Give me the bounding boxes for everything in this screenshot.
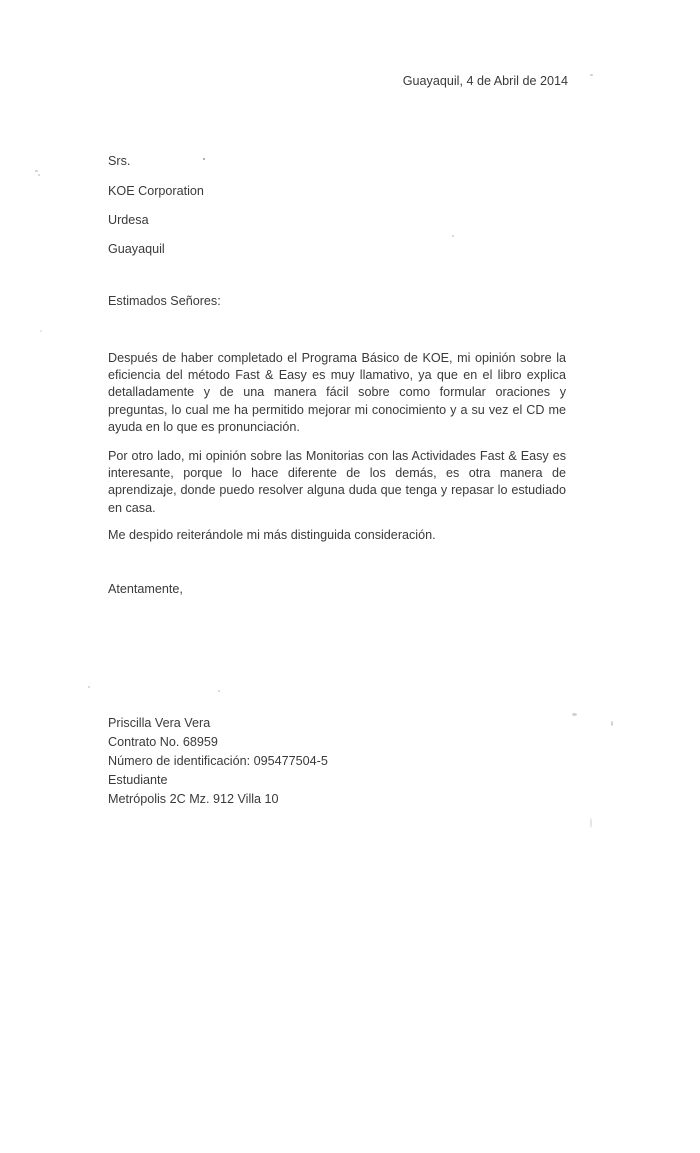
signer-contract: Contrato No. 68959 — [108, 733, 328, 752]
recipient-district: Urdesa — [108, 213, 149, 227]
scan-speck — [38, 174, 40, 176]
signer-address: Metrópolis 2C Mz. 912 Villa 10 — [108, 790, 328, 809]
salutation: Estimados Señores: — [108, 294, 221, 308]
signer-role: Estudiante — [108, 771, 328, 790]
scan-speck — [218, 690, 220, 692]
scan-speck — [88, 686, 90, 688]
scan-speck — [452, 235, 454, 237]
signer-name: Priscilla Vera Vera — [108, 714, 328, 733]
body-paragraph-1: Después de haber completado el Programa … — [108, 350, 566, 436]
scan-speck — [35, 170, 38, 172]
recipient-title: Srs. — [108, 154, 130, 168]
body-paragraph-2: Por otro lado, mi opinión sobre las Moni… — [108, 448, 566, 517]
scan-speck — [40, 330, 42, 332]
letter-date-line: Guayaquil, 4 de Abril de 2014 — [403, 74, 568, 88]
scan-speck — [572, 713, 577, 716]
scan-speck — [203, 158, 205, 160]
scan-speck — [611, 721, 613, 726]
signature-block: Priscilla Vera Vera Contrato No. 68959 N… — [108, 714, 328, 809]
scan-speck — [590, 74, 593, 76]
recipient-company: KOE Corporation — [108, 184, 204, 198]
recipient-city: Guayaquil — [108, 242, 165, 256]
scanned-letter-page: Guayaquil, 4 de Abril de 2014 Srs. KOE C… — [0, 0, 700, 1153]
scan-speck — [590, 818, 592, 828]
closing: Atentamente, — [108, 582, 183, 596]
signer-id-number: Número de identificación: 095477504-5 — [108, 752, 328, 771]
body-paragraph-3: Me despido reiterándole mi más distingui… — [108, 527, 566, 544]
